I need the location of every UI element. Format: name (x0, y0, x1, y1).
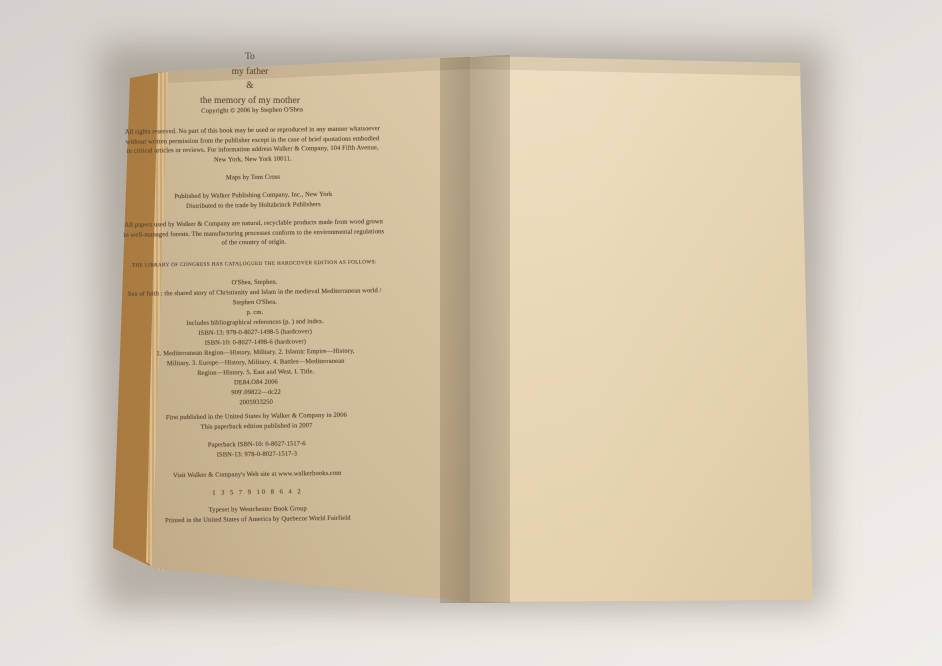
open-book: Copyright © 2006 by Stephen O'Shea All r… (110, 50, 820, 606)
dedication-line: & (110, 79, 390, 94)
dedication-line: my father (110, 65, 390, 80)
photo-of-open-book: Copyright © 2006 by Stephen O'Shea All r… (0, 0, 942, 666)
dedication-line: the memory of my mother (110, 94, 390, 109)
dedication-text: To my father & the memory of my mother (110, 50, 390, 606)
dedication-line: To (110, 50, 390, 65)
